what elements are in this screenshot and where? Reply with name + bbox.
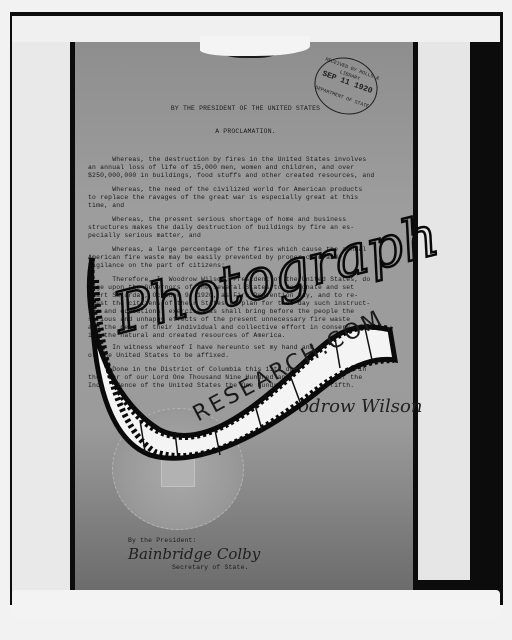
attestation-label: By the President: <box>128 537 443 545</box>
eagle-shield-icon <box>161 449 195 487</box>
paragraph-7: Done in the District of Columbia this 11… <box>88 366 403 390</box>
paragraph-2: Whereas, the need of the civilized world… <box>88 186 403 210</box>
paper-tear <box>200 36 310 56</box>
paragraph-6: In witness whereof I have hereunto set m… <box>88 344 403 360</box>
tissue-border-left <box>12 42 70 602</box>
president-signature: Woodrow Wilson <box>270 396 422 417</box>
paragraph-5: Therefore, I, Woodrow Wilson, President … <box>88 276 403 340</box>
paragraph-4: Whereas, a large percentage of the fires… <box>88 246 403 270</box>
tissue-border-right <box>418 40 470 580</box>
paragraph-1: Whereas, the destruction by fires in the… <box>88 156 403 180</box>
proclamation-subheading: A PROCLAMATION. <box>88 128 403 136</box>
secretary-signature: Bainbridge Colby <box>128 545 260 563</box>
tissue-border-bottom <box>12 590 500 618</box>
secretary-title: Secretary of State. <box>172 564 487 572</box>
great-seal-embossed <box>112 408 244 530</box>
paragraph-3: Whereas, the present serious shortage of… <box>88 216 403 240</box>
proclamation-heading: BY THE PRESIDENT OF THE UNITED STATES <box>88 105 403 113</box>
